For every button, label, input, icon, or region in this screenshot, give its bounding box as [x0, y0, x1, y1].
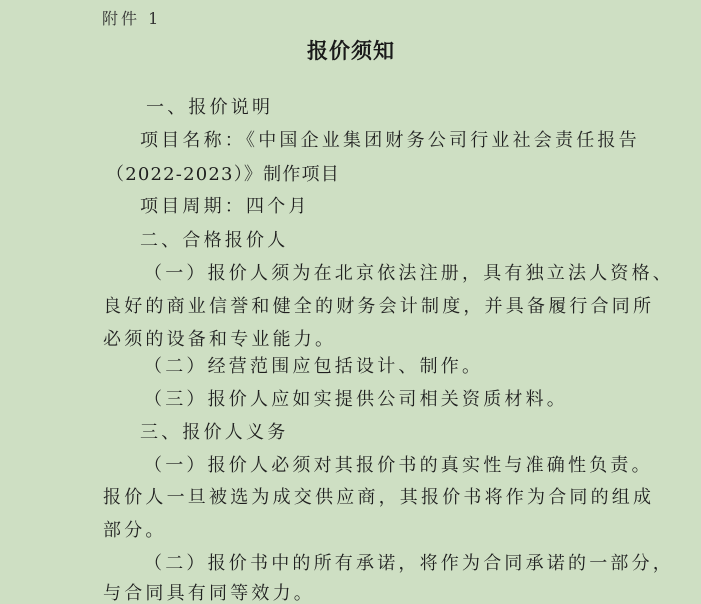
obligation-1-line-1: （一）报价人必须对其报价书的真实性与准确性负责。 [144, 455, 653, 477]
qualification-1-line-1: （一）报价人须为在北京依法注册，具有独立法人资格、 [144, 263, 674, 285]
project-name-line-2: （2022-2023）》制作项目 [106, 164, 340, 186]
qualification-3: （三）报价人应如实提供公司相关资质材料。 [144, 389, 568, 411]
obligation-1-line-2: 报价人一旦被选为成交供应商，其报价书将作为合同的组成 [103, 487, 654, 509]
section-heading-1: 一、报价说明 [146, 97, 273, 119]
qualification-2: （二）经营范围应包括设计、制作。 [144, 356, 483, 378]
obligation-2-line-1: （二）报价书中的所有承诺，将作为合同承诺的一部分， [144, 553, 674, 575]
project-period: 项目周期：四个月 [140, 196, 310, 218]
obligation-1-line-3: 部分。 [103, 520, 167, 542]
section-heading-3: 三、报价人义务 [140, 422, 288, 444]
qualification-1-line-2: 良好的商业信誉和健全的财务会计制度，并具备履行合同所 [103, 296, 654, 318]
project-name-line-1: 项目名称：《中国企业集团财务公司行业社会责任报告 [140, 130, 640, 152]
obligation-2-line-2: 与合同具有同等效力。 [103, 583, 315, 604]
section-heading-2: 二、合格报价人 [140, 230, 288, 252]
document-title: 报价须知 [307, 40, 395, 62]
qualification-1-line-3: 必须的设备和专业能力。 [103, 329, 336, 351]
attachment-label: 附件 1 [102, 8, 161, 30]
